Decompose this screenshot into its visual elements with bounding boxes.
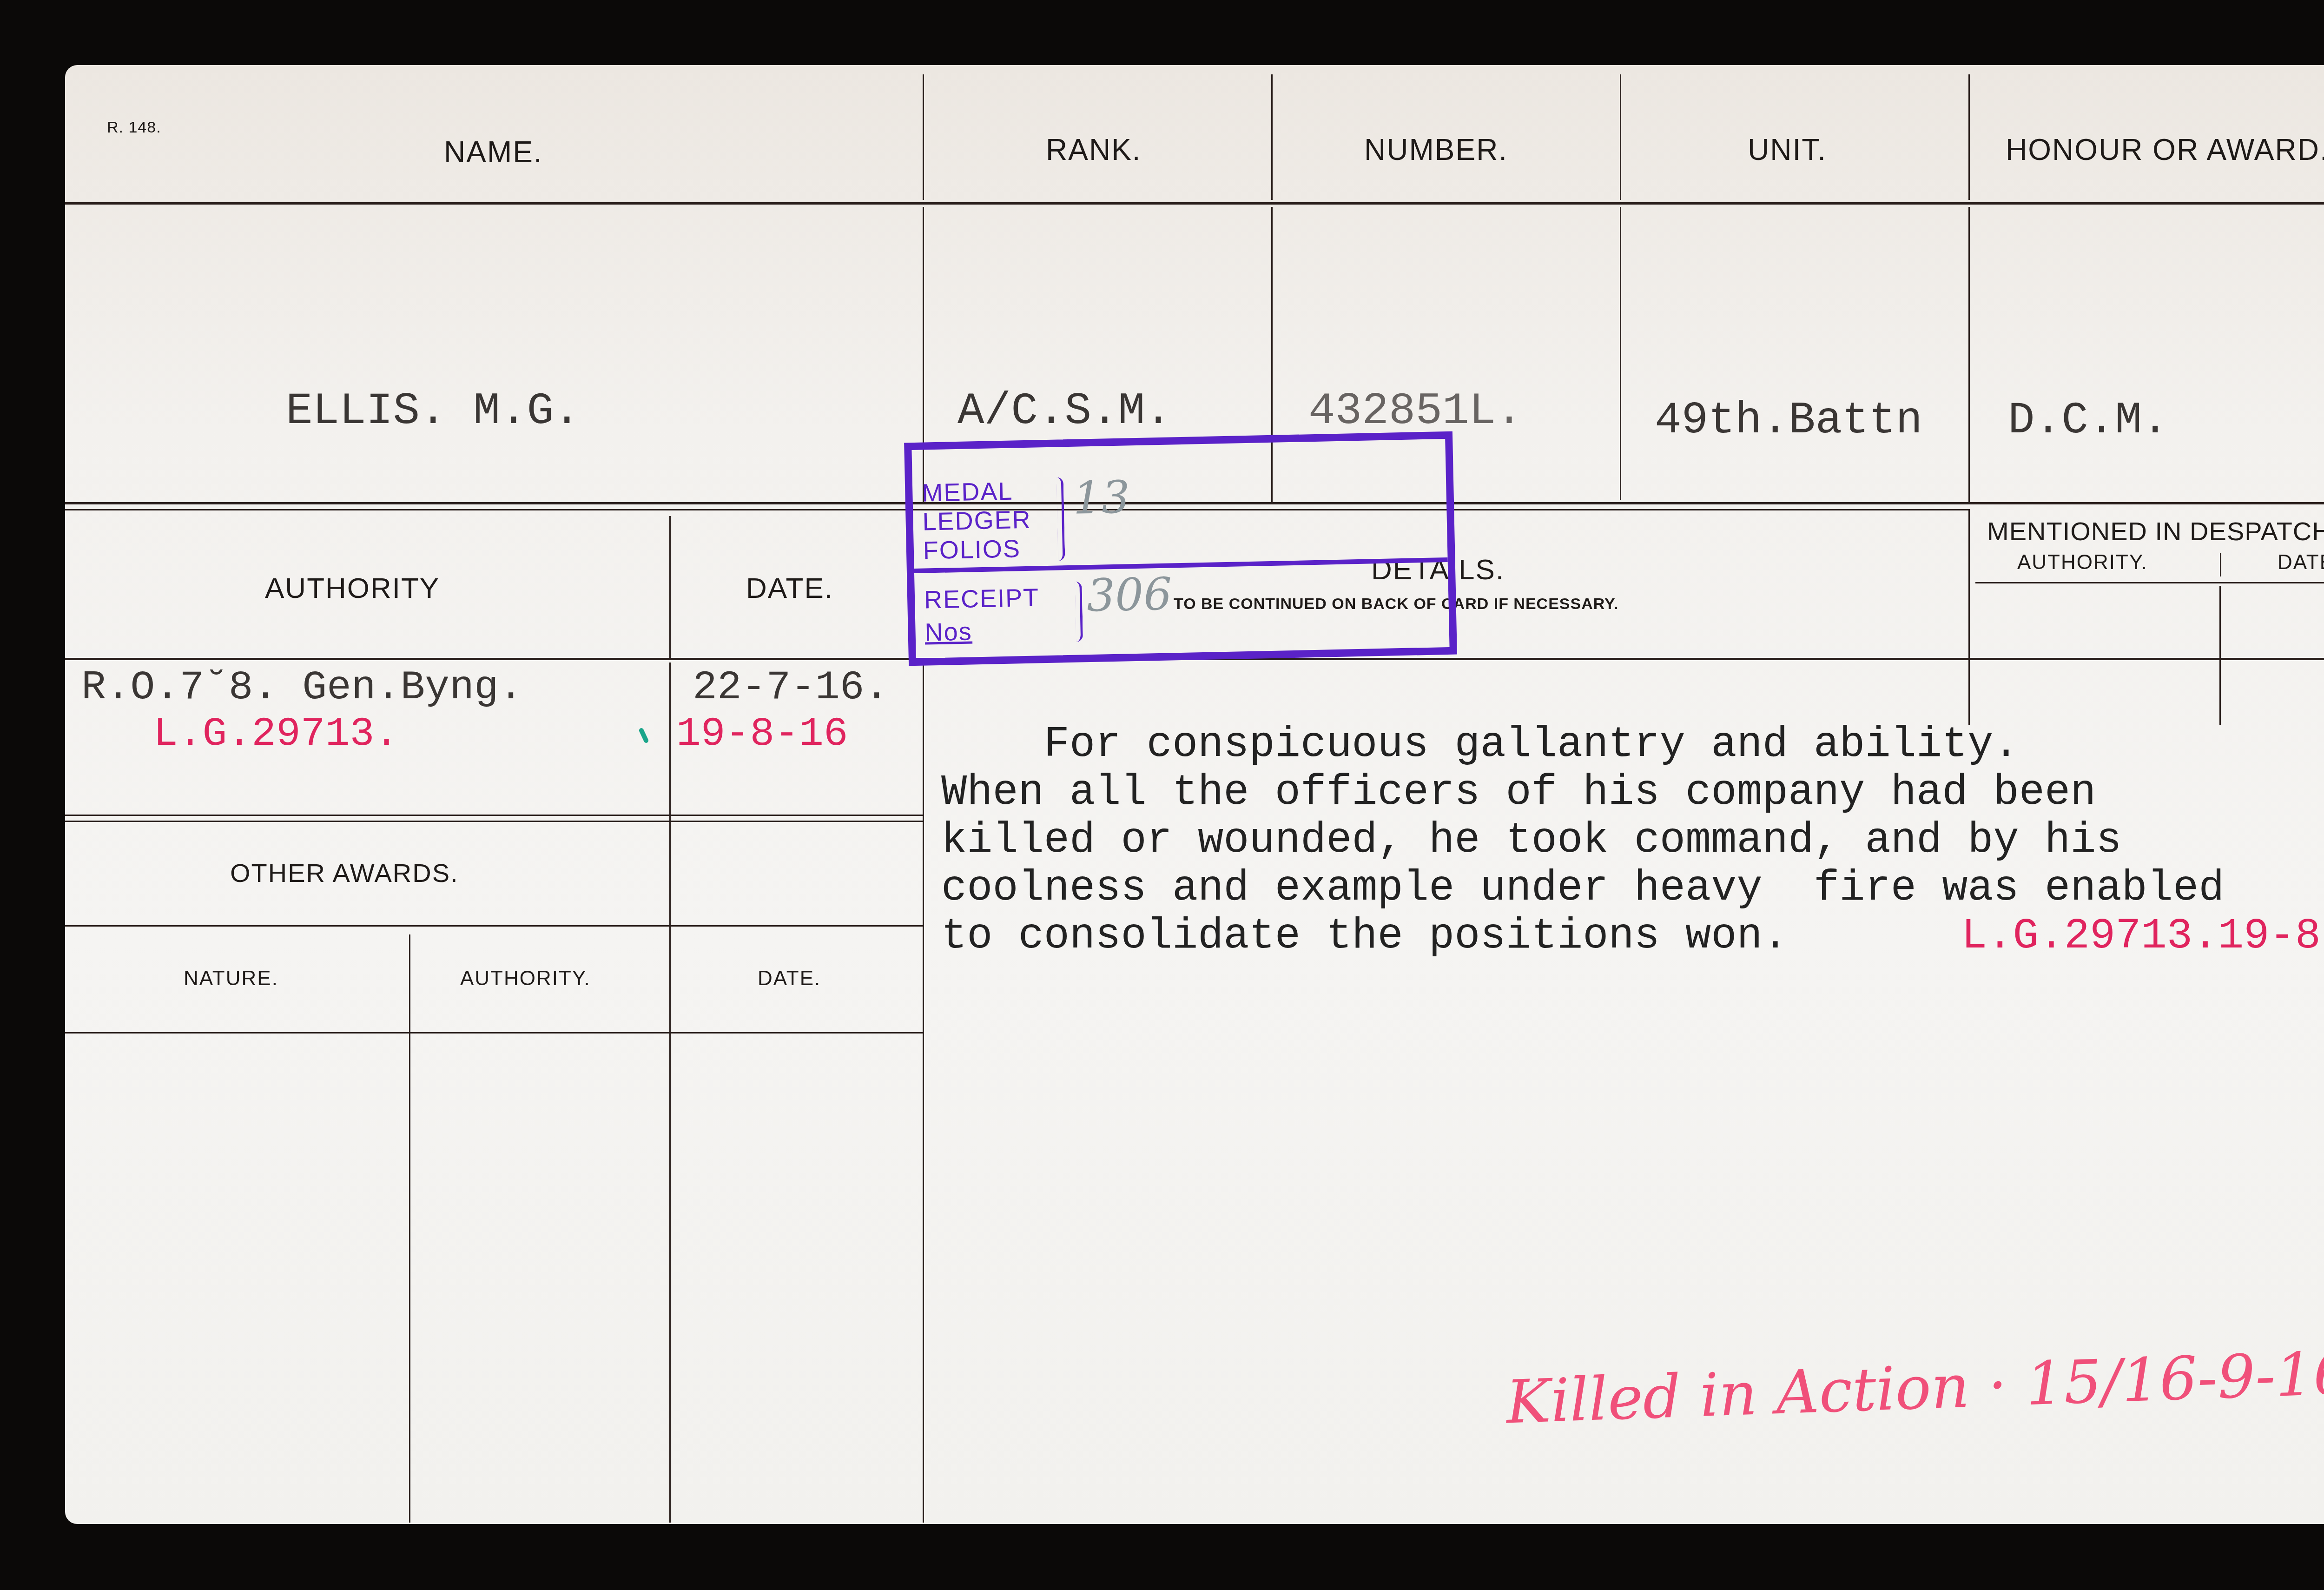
divider	[669, 516, 671, 658]
divider	[1968, 509, 1970, 725]
divider	[1620, 74, 1621, 200]
citation-line: For conspicuous gallantry and ability.	[941, 721, 2019, 768]
citation-line: coolness and example under heavy fire wa…	[941, 864, 2224, 912]
despatches-date-label: DATE.	[2278, 551, 2324, 574]
authority-entry-gazette: L.G.29713.	[153, 711, 399, 757]
rule	[65, 815, 923, 816]
divider	[923, 74, 924, 200]
value-number: 432851L.	[1308, 386, 1523, 437]
despatches-rule	[1975, 582, 2324, 583]
green-tick-mark	[638, 727, 649, 743]
rule	[65, 821, 923, 822]
ledger-folio-value: 13	[1073, 471, 1130, 524]
authority-label: AUTHORITY	[265, 572, 440, 605]
other-awards-date-label: DATE.	[758, 967, 821, 990]
divider	[409, 934, 410, 1523]
value-unit: 49th.Battn	[1655, 395, 1922, 446]
other-awards-title: OTHER AWARDS.	[230, 858, 459, 888]
citation-line: killed or wounded, he took command, and …	[941, 816, 2122, 864]
header-rank: RANK.	[1046, 132, 1142, 167]
value-name: ELLIS. M.G.	[286, 386, 581, 437]
date-label: DATE.	[746, 572, 833, 605]
citation-line: to consolidate the positions won.	[941, 912, 1788, 960]
citation-line: When all the officers of his company had…	[941, 768, 2096, 816]
header-honour-or-award: HONOUR OR AWARD.	[2006, 132, 2324, 167]
despatches-authority-label: AUTHORITY.	[2017, 551, 2148, 574]
header-name: NAME.	[444, 135, 543, 169]
divider	[1271, 74, 1273, 200]
receipt-number-value: 306	[1086, 568, 1173, 622]
other-awards-nature-label: NATURE.	[184, 967, 278, 990]
header-unit: UNIT.	[1748, 132, 1827, 167]
value-honour: D.C.M.	[2008, 395, 2169, 446]
citation-gazette-ref: L.G.29713.19-8-	[1961, 912, 2324, 960]
medal-ledger-stamp: MEDAL LEDGER FOLIOS 13 RECEIPT Nos 306	[904, 431, 1457, 666]
header-number: NUMBER.	[1364, 132, 1508, 167]
stamp-brace	[1075, 581, 1083, 642]
divider	[1968, 74, 1970, 200]
rule	[65, 925, 923, 927]
date-entry-gazette: 19-8-16	[676, 711, 848, 757]
details-column-divider	[923, 662, 924, 1523]
other-awards-authority-label: AUTHORITY.	[460, 967, 591, 990]
date-entry: 22-7-16.	[693, 665, 889, 711]
divider	[1968, 207, 1970, 504]
despatches-title: MENTIONED IN DESPATCHES.	[1987, 516, 2324, 546]
killed-in-action-annotation: Killed in Action · 15/16-9-16.	[1505, 1338, 2324, 1438]
rule	[65, 1032, 923, 1033]
divider	[2220, 553, 2221, 576]
form-number: R. 148.	[107, 119, 161, 137]
value-rank: A/C.S.M.	[957, 386, 1172, 437]
medal-index-card: R. 148. NAME. RANK. NUMBER. UNIT. HONOUR…	[65, 65, 2324, 1524]
authority-entry: R.O.7˘8. Gen.Byng.	[81, 665, 523, 711]
header-rule	[65, 202, 2324, 205]
divider	[1620, 207, 1621, 500]
divider	[2219, 586, 2221, 725]
divider	[669, 823, 671, 1523]
